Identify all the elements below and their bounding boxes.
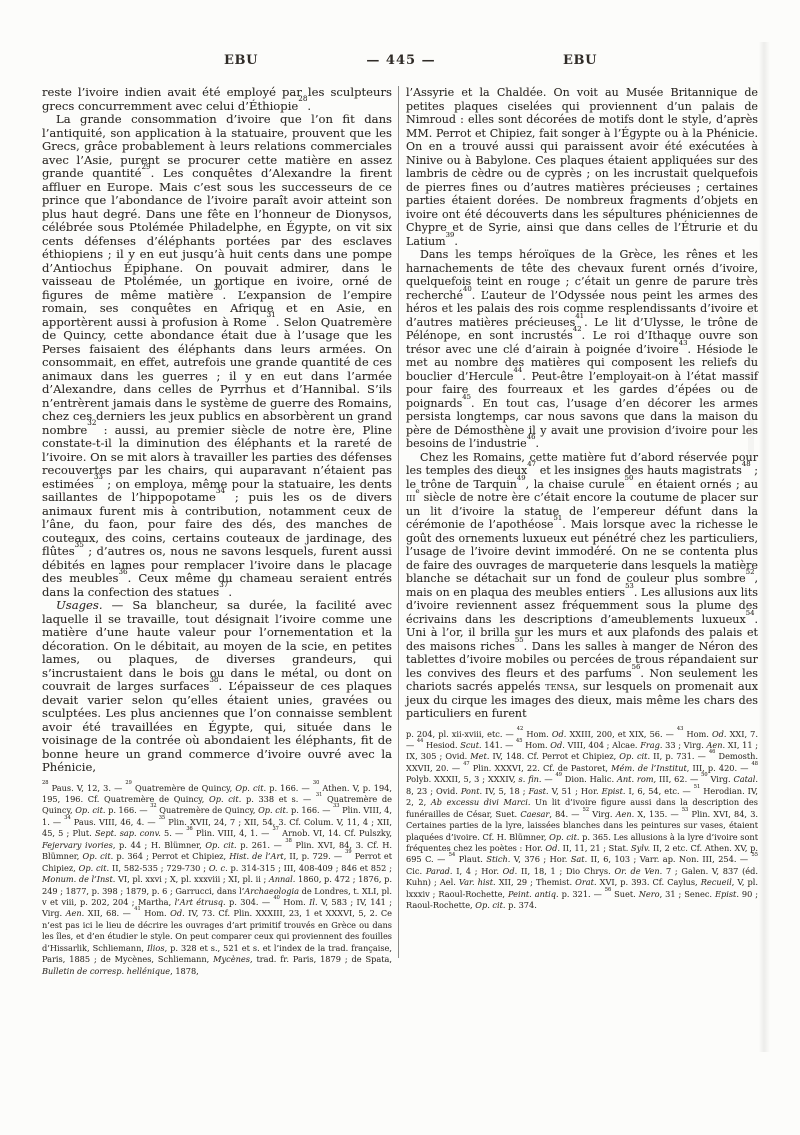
- footnote-ref: 42: [573, 325, 582, 333]
- italic-text: Catal.: [733, 774, 758, 784]
- italic-text: Op. cit.: [205, 840, 236, 850]
- right-column-footnotes: p. 204, pl. xii-xviii, etc. — 42 Hom. Od…: [406, 729, 758, 912]
- italic-text: Scut.: [460, 740, 481, 750]
- right-column: l’Assyrie et la Chaldée. On voit au Musé…: [406, 86, 758, 912]
- italic-text: Monum. de l’Inst.: [42, 874, 115, 884]
- footnote-ref: 55: [515, 636, 524, 644]
- footnote-ref: 43: [677, 726, 683, 732]
- footnote-ref: 49: [517, 474, 526, 482]
- italic-text: Parad.: [426, 866, 453, 876]
- footnote-ref: 54: [746, 609, 755, 617]
- italic-text: l’Art étrusq.: [175, 897, 226, 907]
- italic-text: Or. de Ven.: [614, 866, 662, 876]
- italic-text: Ab excessu divi Marci: [431, 797, 528, 807]
- italic-text: Op. cit.: [258, 805, 288, 815]
- footnote-ref: 29: [125, 780, 131, 786]
- italic-text: Sylv.: [631, 843, 650, 853]
- small-caps-text: tensa: [545, 680, 574, 693]
- footnote-ref: 54: [449, 852, 455, 858]
- footnote-ref: 31: [316, 792, 322, 798]
- footnote-ref: 45: [516, 738, 522, 744]
- italic-text: Aen.: [66, 908, 85, 918]
- footnote-ref: 47: [463, 761, 469, 767]
- italic-text: Op. cit.: [83, 851, 114, 861]
- scan-shadow: [759, 42, 770, 1052]
- paragraph: Chez les Romains, cette matière fut d’ab…: [406, 451, 758, 721]
- footnote-ref: 37: [219, 580, 228, 589]
- footnote-ref: 47: [527, 460, 536, 468]
- footnote-ref: 34: [64, 815, 70, 821]
- footnote-ref: 56: [632, 663, 641, 671]
- footnote-ref: 39: [345, 849, 351, 855]
- italic-text: Od.: [503, 866, 518, 876]
- italic-text: Op. cit.: [75, 805, 105, 815]
- italic-text: Od.: [552, 729, 567, 739]
- paragraph: Dans les temps héroïques de la Grèce, le…: [406, 248, 758, 451]
- italic-text: Var. hist.: [459, 877, 496, 887]
- footnote-ref: 33: [333, 803, 339, 809]
- footnote-ref: 50: [625, 474, 634, 482]
- right-column-text: l’Assyrie et la Chaldée. On voit au Musé…: [406, 86, 758, 721]
- italic-text: Il.: [309, 897, 317, 907]
- footnote-ref: 53: [625, 582, 634, 590]
- footnote-ref: 43: [679, 339, 688, 347]
- italic-text: Recueil: [701, 877, 732, 887]
- footnote-ref: 48: [742, 460, 751, 468]
- italic-text: Op. cit.: [619, 751, 650, 761]
- italic-text: Pont.: [461, 786, 482, 796]
- left-column-footnotes: 28 Paus. V, 12, 3. — 29 Quatremère de Qu…: [42, 783, 392, 978]
- footnote-ref: 52: [746, 568, 755, 576]
- italic-text: Aen.: [616, 809, 635, 819]
- italic-text: Orat.: [575, 877, 596, 887]
- italic-text: Ant. rom,: [617, 774, 656, 784]
- footnote-ref: 56: [605, 887, 611, 893]
- footnote-ref: 30: [213, 283, 222, 292]
- column-divider: [398, 86, 399, 958]
- scanned-page: EBU — 445 — EBU reste l’ivoire indien av…: [0, 0, 800, 1135]
- italic-text: Op. cit.: [79, 863, 110, 873]
- italic-text: Sept. sap. conv.: [95, 828, 161, 838]
- paragraph: reste l’ivoire indien avait été employé …: [42, 86, 392, 113]
- left-column: reste l’ivoire indien avait été employé …: [42, 86, 392, 977]
- italic-text: Od.: [712, 729, 727, 739]
- italic-text: Fejervary ivories: [42, 840, 113, 850]
- italic-text: Met.: [470, 751, 489, 761]
- italic-text: Annal.: [269, 874, 296, 884]
- italic-text: Usages.: [56, 598, 103, 612]
- footnote-ref: 28: [298, 94, 307, 103]
- italic-text: Frag.: [640, 740, 662, 750]
- italic-text: Hist. de l’Art: [229, 851, 284, 861]
- italic-text: Mém. de l’Institut: [611, 763, 687, 773]
- footnote-ref: 48: [752, 761, 758, 767]
- italic-text: Epist.: [602, 786, 626, 796]
- page-header: EBU — 445 — EBU: [0, 53, 800, 71]
- left-column-text: reste l’ivoire indien avait été employé …: [42, 86, 392, 775]
- footnote-ref: 38: [285, 838, 291, 844]
- italic-text: Mycènes: [213, 954, 250, 964]
- footnote-ref: 33: [94, 472, 103, 481]
- footnote-ref: 49: [555, 772, 561, 778]
- italic-text: Op. cit.: [209, 794, 241, 804]
- footnote-ref: 35: [159, 815, 165, 821]
- footnote-ref: 34: [216, 486, 225, 495]
- footnote-ref: 36: [186, 826, 192, 832]
- footnote-ref: 46: [709, 749, 715, 755]
- footnote-ref: 37: [272, 826, 278, 832]
- footnote-ref: 44: [513, 366, 522, 374]
- footnote-ref: 45: [462, 393, 471, 401]
- footnote-ref: 51: [553, 514, 562, 522]
- page-number: — 445 —: [346, 53, 456, 68]
- footnote-ref: 40: [463, 285, 472, 293]
- paragraph: l’Assyrie et la Chaldée. On voit au Musé…: [406, 86, 758, 248]
- footnote-ref: 42: [517, 726, 523, 732]
- italic-text: Sat.: [571, 854, 587, 864]
- paragraph: La grande consommation d’ivoire que l’on…: [42, 113, 392, 599]
- italic-text: Od.: [550, 740, 565, 750]
- footnote-ref: 51: [694, 784, 700, 790]
- footnote-ref: 29: [141, 162, 150, 171]
- italic-text: Archaeologia: [244, 886, 299, 896]
- italic-text: Fast.: [528, 786, 548, 796]
- running-head-left: EBU: [224, 53, 258, 68]
- footnote-ref: 28: [42, 780, 48, 786]
- italic-text: O. c.: [209, 863, 228, 873]
- footnote-ref: 53: [682, 807, 688, 813]
- italic-text: s. fin.: [519, 774, 542, 784]
- footnote-ref: 39: [446, 231, 455, 239]
- footnote-ref: 55: [752, 852, 758, 858]
- italic-text: Od.: [545, 843, 560, 853]
- footnote-ref: 50: [701, 772, 707, 778]
- footnote-ref: e: [415, 487, 419, 495]
- footnote-ref: 36: [118, 567, 127, 576]
- footnote-ref: 38: [209, 675, 218, 684]
- running-head-right: EBU: [563, 53, 597, 68]
- paragraph: Usages. — Sa blancheur, sa durée, la fac…: [42, 599, 392, 775]
- italic-text: Peint. antiq.: [508, 889, 559, 899]
- footnote-ref: 32: [150, 803, 156, 809]
- italic-text: Epist.: [715, 889, 739, 899]
- footnote-ref: 44: [417, 738, 423, 744]
- italic-text: Op. cit.: [235, 783, 266, 793]
- italic-text: Op. cit.: [475, 900, 505, 910]
- footnote-ref: 52: [583, 807, 589, 813]
- footnote-ref: 46: [527, 433, 536, 441]
- italic-text: Caesar: [520, 809, 549, 819]
- italic-text: Stich.: [486, 854, 510, 864]
- footnote-ref: 31: [267, 310, 276, 319]
- italic-text: Nero: [639, 889, 660, 899]
- footnote-ref: 35: [75, 540, 84, 549]
- footnote-ref: 41: [575, 312, 584, 320]
- italic-text: Bulletin de corresp. hellénique: [42, 966, 170, 976]
- italic-text: Od.: [170, 908, 185, 918]
- footnote-ref: 32: [87, 418, 96, 427]
- footnote-ref: 41: [134, 906, 140, 912]
- footnote-ref: 30: [313, 780, 319, 786]
- italic-text: Ilios: [147, 943, 165, 953]
- italic-text: Op. cit.: [549, 832, 579, 842]
- scan-smudge: [748, 300, 754, 460]
- footnote-ref: 40: [273, 895, 279, 901]
